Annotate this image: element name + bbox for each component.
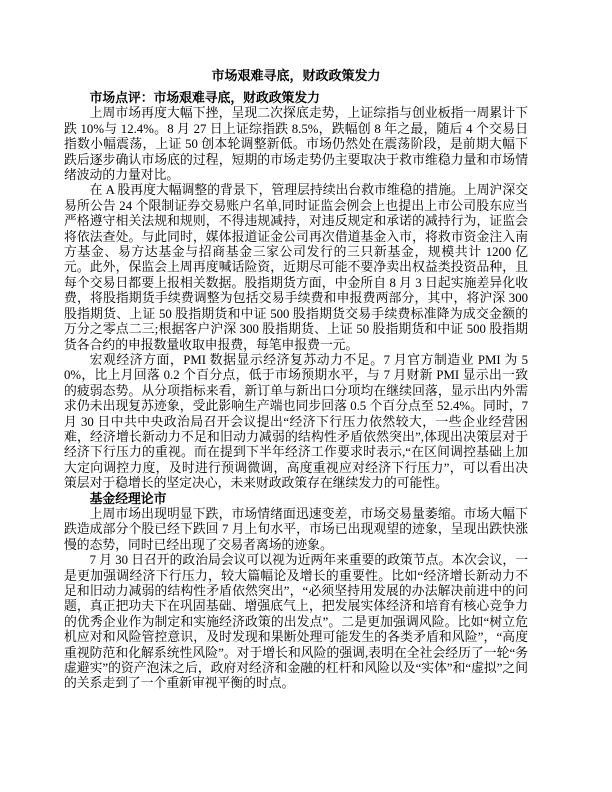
body-paragraph: 上周市场出现明显下跌，市场情绪面迅速变差，市场交易量萎缩。市场大幅下跌造成部分个… [64, 507, 528, 553]
body-paragraph: 7 月 30 日召开的政治局会议可以视为近两年来重要的政策节点。本次会议，一是更… [64, 553, 528, 692]
body-paragraph: 宏观经济方面，PMI 数据显示经济复苏动力不足。7 月官方制造业 PMI 为 5… [64, 353, 528, 492]
document-content: 市场艰难寻底，财政政策发力 市场点评：市场艰难寻底，财政政策发力上周市场再度大幅… [64, 68, 528, 692]
section-heading-paragraph: 基金经理论市 [64, 492, 528, 507]
body-paragraph: 上周市场再度大幅下挫，呈现二次探底走势，上证综指与创业板指一周累计下跌 10%与… [64, 106, 528, 183]
document-title: 市场艰难寻底，财政政策发力 [64, 68, 528, 84]
section-heading-paragraph: 市场点评：市场艰难寻底，财政政策发力 [64, 91, 528, 106]
document-page: 市场艰难寻底，财政政策发力 市场点评：市场艰难寻底，财政政策发力上周市场再度大幅… [0, 0, 612, 792]
body-paragraph: 在 A 股再度大幅调整的背景下，管理层持续出台救市维稳的措施。上周沪深交易所公告… [64, 183, 528, 352]
paragraph-list: 市场点评：市场艰难寻底，财政政策发力上周市场再度大幅下挫，呈现二次探底走势，上证… [64, 91, 528, 692]
